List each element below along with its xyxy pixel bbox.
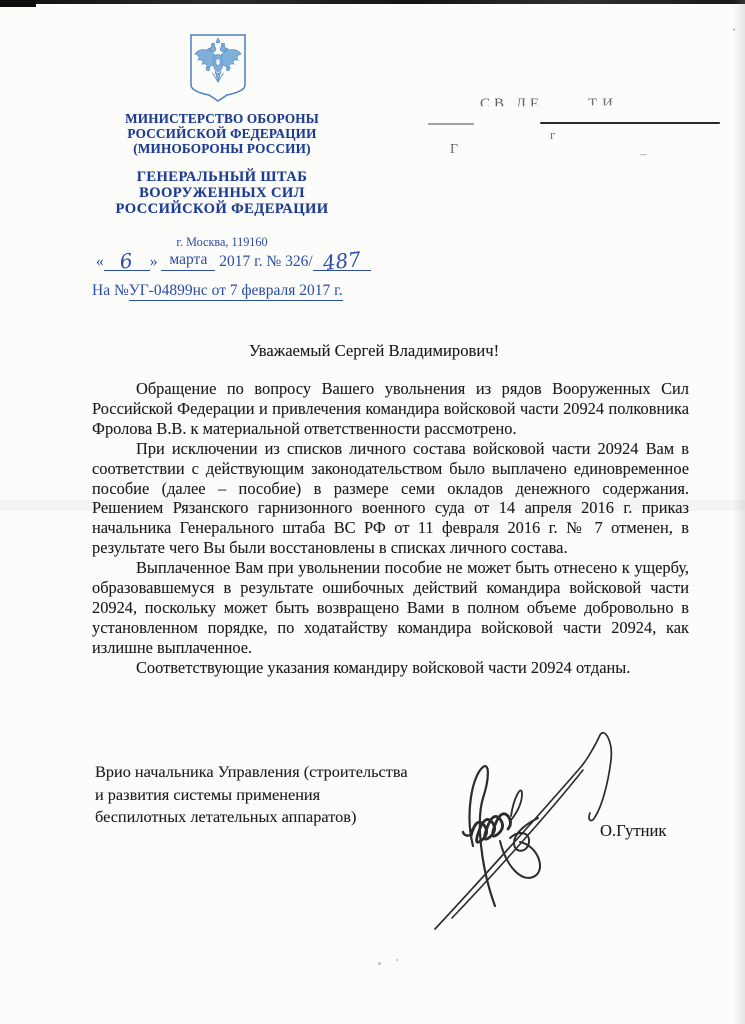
redaction-fragment: ТИ	[588, 96, 618, 113]
letterhead: МИНИСТЕРСТВО ОБОРОНЫ РОССИЙСКОЙ ФЕДЕРАЦИ…	[62, 111, 382, 250]
ministry-name-line: РОССИЙСКОЙ ФЕДЕРАЦИИ	[62, 126, 382, 141]
handwritten-day: 6	[119, 248, 135, 273]
scan-speck	[378, 962, 381, 965]
handwritten-day-slot: 6	[104, 251, 150, 271]
redaction-fragment: –	[640, 146, 647, 162]
month-label: марта	[161, 251, 215, 271]
salutation: Уважаемый Сергей Владимирович!	[74, 341, 674, 361]
body-paragraph: Выплаченное Вам при увольнении пособие н…	[92, 558, 689, 658]
signoff-title: Врио начальника Управления (строительств…	[95, 761, 485, 829]
year-number-label: 2017 г. № 326/	[219, 253, 312, 270]
signoff-title-line: и развития системы применения	[95, 784, 485, 807]
ministry-name-line: МИНИСТЕРСТВО ОБОРОНЫ	[62, 111, 382, 126]
general-staff-line: ГЕНЕРАЛЬНЫЙ ШТАБ	[62, 169, 382, 185]
scan-corner-artifact	[0, 0, 36, 7]
date-number-line: «6» марта 2017 г. № 326/487	[96, 251, 371, 271]
reply-prefix: На №	[92, 282, 129, 299]
ministry-name: МИНИСТЕРСТВО ОБОРОНЫ РОССИЙСКОЙ ФЕДЕРАЦИ…	[62, 111, 382, 156]
ministry-name-line: (МИНОБОРОНЫ РОССИИ)	[62, 141, 382, 156]
scan-speck	[396, 959, 398, 961]
handwritten-number-slot: 487	[313, 251, 371, 271]
general-staff-line: ВООРУЖЕННЫХ СИЛ	[62, 185, 382, 201]
handwritten-number: 487	[321, 247, 362, 275]
redaction-line	[540, 122, 720, 124]
reply-reference-line: На №УГ-04899нс от 7 февраля 2017 г.	[92, 282, 343, 300]
quote-open: «	[96, 253, 104, 270]
redaction-fragment: г	[550, 127, 555, 143]
general-staff-name: ГЕНЕРАЛЬНЫЙ ШТАБ ВООРУЖЕННЫХ СИЛ РОССИЙС…	[62, 169, 382, 218]
scan-speck	[733, 28, 735, 31]
body-paragraph: Соответствующие указания командиру войск…	[92, 658, 689, 678]
scan-edge-artifact	[0, 0, 745, 4]
body-paragraph: При исключении из списков личного состав…	[92, 439, 689, 558]
city-postcode-line: г. Москва, 119160	[62, 235, 382, 250]
signoff-title-line: беспилотных летательных аппаратов)	[95, 806, 485, 829]
redaction-fragment: СВ ЛЕ	[480, 96, 543, 113]
reply-value: УГ-04899нс от 7 февраля 2017 г.	[129, 282, 343, 301]
scan-shadow	[733, 0, 745, 1024]
letter-body: Обращение по вопросу Вашего увольнения и…	[92, 379, 689, 678]
body-paragraph: Обращение по вопросу Вашего увольнения и…	[92, 379, 689, 439]
redaction-fragment: Г	[450, 142, 464, 158]
signoff-title-line: Врио начальника Управления (строительств…	[95, 761, 485, 784]
russia-coat-of-arms-icon	[189, 33, 247, 103]
redaction-line	[428, 123, 474, 125]
redacted-addressee-block: СВ ЛЕ ТИ г Г –	[428, 96, 724, 160]
scanned-letter-page: МИНИСТЕРСТВО ОБОРОНЫ РОССИЙСКОЙ ФЕДЕРАЦИ…	[0, 0, 745, 1024]
quote-close: »	[150, 253, 158, 270]
general-staff-line: РОССИЙСКОЙ ФЕДЕРАЦИИ	[62, 201, 382, 217]
signer-name: О.Гутник	[600, 821, 666, 841]
